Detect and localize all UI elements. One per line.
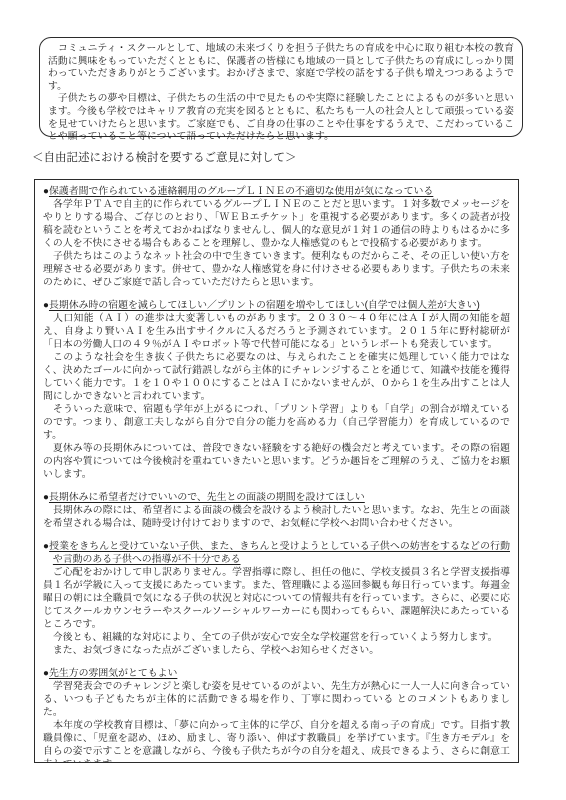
opinion-paragraph: そういった意味で、宿題も学年が上がるにつれ、「プリント学習」よりも「自学」の割合… [43, 403, 510, 442]
opinion-paragraph: 人口知能（ＡＩ）の進歩は大変著しいものがあります。２０３０～４０年にはＡＩが人間… [43, 312, 510, 351]
opinion-section: ●長期休み時の宿題を減らしてほしい／プリントの宿題を増やしてほしい(自学では個人… [43, 299, 510, 481]
opinion-title: ●長期休み時の宿題を減らしてほしい／プリントの宿題を増やしてほしい(自学では個人… [43, 299, 510, 312]
opinion-paragraph: 各学年ＰＴＡで自主的に作られているグループＬＩＮＥのことだと思います。１対多数で… [43, 198, 510, 250]
page-title: ＜自由記述における検討を要するご意見に対して＞ [32, 151, 297, 166]
opinion-paragraph: 本年度の学校教育目標は、「夢に向かって主体的に学び、自分を超える南っ子の育成」で… [43, 719, 510, 763]
opinion-section: ●保護者間で作られている連絡網用のグループＬＩＮＥの不適切な使用が気になっている… [43, 185, 510, 289]
opinion-paragraph: 長期休みの際には、希望者による面談の機会を設けるよう検討したいと思います。なお、… [43, 504, 510, 530]
opinion-paragraph: また、お気づきになった点がございましたら、学校へお知らせください。 [43, 644, 510, 657]
opinion-title-text: 保護者間で作られている連絡網用のグループＬＩＮＥの不適切な使用が気になっている [49, 186, 433, 197]
opinion-section: ●長期休みに希望者だけでいいので、先生との面談の期間を設けてほしい 長期休みの際… [43, 491, 510, 530]
intro-box: コミュニティ・スクールとして、地域の未来づくりを担う子供たちの育成を中心に取り組… [39, 37, 523, 137]
opinion-title: ●長期休みに希望者だけでいいので、先生との面談の期間を設けてほしい [43, 491, 510, 504]
opinion-section: ●先生方の雰囲気がとてもよい 学習発表会でのチャレンジと楽しむ姿を見せているのが… [43, 667, 510, 763]
intro-paragraph: 子供たちの夢や目標は、子供たちの生活の中で見たものや実際に経験したことによるもの… [48, 93, 514, 143]
opinion-section: ●授業をきちんと受けていない子供、また、きちんと受けようとしている子供への妨害を… [43, 540, 510, 657]
opinions-box: ●保護者間で作られている連絡網用のグループＬＩＮＥの不適切な使用が気になっている… [34, 179, 519, 763]
opinion-paragraph: 子供たちはこのようなネット社会の中で生きていきます。便利なものだからこそ、その正… [43, 250, 510, 289]
opinion-paragraph: このような社会を生き抜く子供たちに必要なのは、与えられたことを確実に処理していく… [43, 351, 510, 403]
opinion-paragraph: 学習発表会でのチャレンジと楽しむ姿を見せているのがよい、先生方が熱心に一人一人に… [43, 680, 510, 719]
opinion-paragraph: 今後とも、組織的な対応により、全ての子供が安心で安全な学校運営を行っていくよう努… [43, 631, 510, 644]
intro-paragraph: コミュニティ・スクールとして、地域の未来づくりを担う子供たちの育成を中心に取り組… [48, 43, 514, 93]
opinion-title-text: 先生方の雰囲気がとてもよい [49, 668, 177, 679]
opinion-title-text: 長期休みに希望者だけでいいので、先生との面談の期間を設けてほしい [49, 492, 365, 503]
opinion-paragraph: ご心配をおかけして申し訳ありません。学習指導に際し、担任の他に、学校支援員３名と… [43, 566, 510, 631]
document-page: コミュニティ・スクールとして、地域の未来づくりを担う子供たちの育成を中心に取り組… [0, 0, 566, 800]
opinion-title-text: 長期休み時の宿題を減らしてほしい／プリントの宿題を増やしてほしい(自学では個人差… [49, 300, 480, 311]
opinion-paragraph: 夏休み等の長期休みについては、普段できない経験をする絶好の機会だと考えています。… [43, 442, 510, 481]
intro-paragraphs: コミュニティ・スクールとして、地域の未来づくりを担う子供たちの育成を中心に取り組… [48, 43, 514, 144]
opinion-title: ●授業をきちんと受けていない子供、また、きちんと受けようとしている子供への妨害を… [43, 540, 510, 566]
opinion-title-text: 授業をきちんと受けていない子供、また、きちんと受けようとしている子供への妨害をす… [49, 541, 510, 565]
opinion-title: ●先生方の雰囲気がとてもよい [43, 667, 510, 680]
opinion-title: ●保護者間で作られている連絡網用のグループＬＩＮＥの不適切な使用が気になっている [43, 185, 510, 198]
